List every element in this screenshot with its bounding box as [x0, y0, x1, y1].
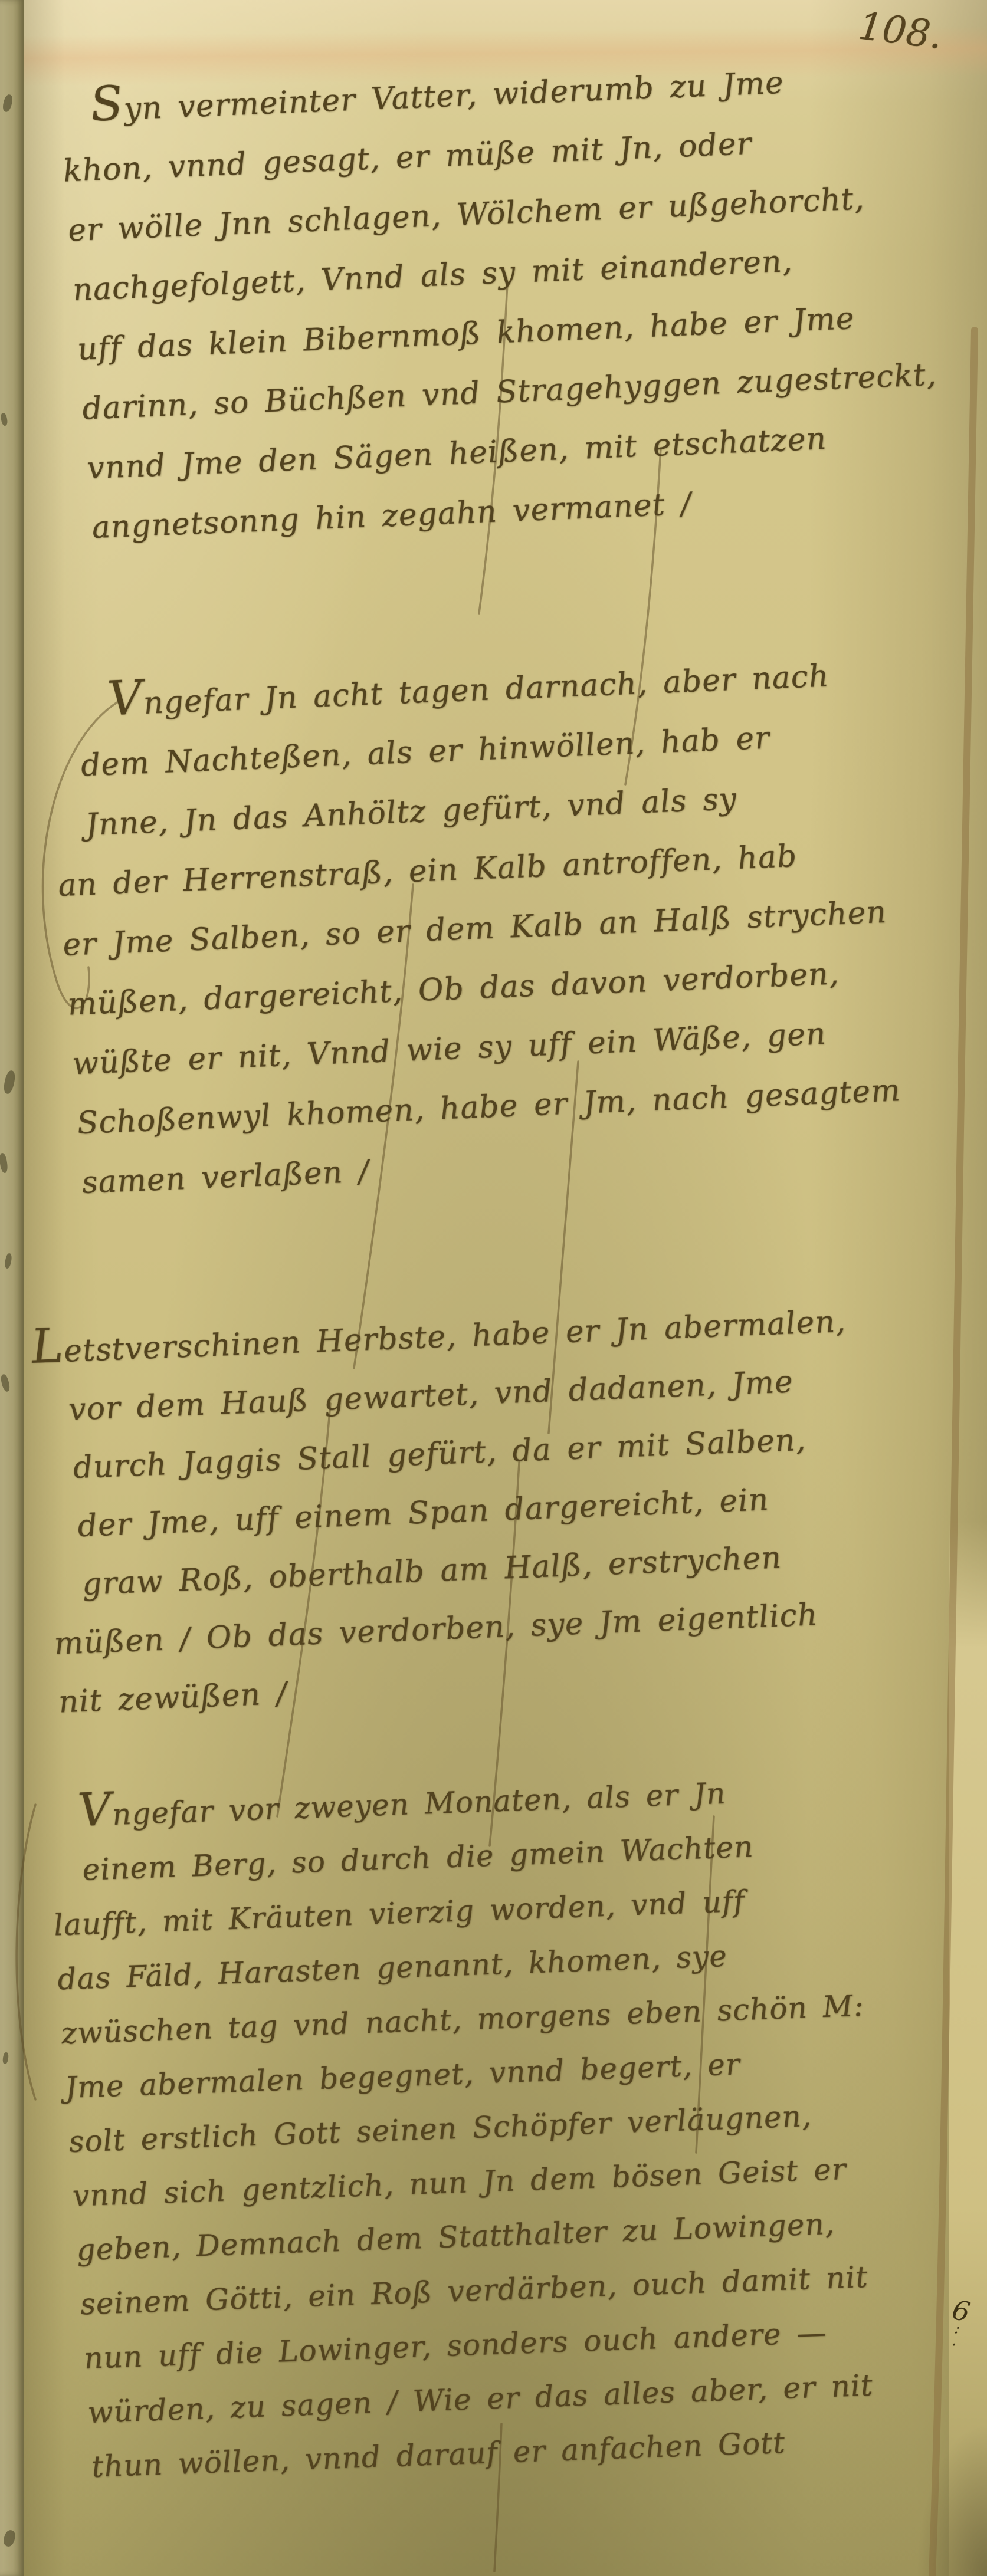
paragraph-4: Vngefar vor zweyen Monaten, als er Jn ei…: [44, 1761, 913, 2493]
paragraph-2: Vngefar Jn acht tagen darnach, aber nach…: [41, 645, 904, 1213]
paragraph-1: Syn vermeinter Vatter, widerumb zu Jme k…: [56, 50, 914, 558]
pen-flourish: [17, 1805, 35, 2099]
paragraph-3: Letstverschinen Herbste, habe er Jn aber…: [29, 1293, 880, 1732]
manuscript-page-photo: 108. Syn vermeinter Vatter, widerumb zu …: [0, 0, 987, 2576]
